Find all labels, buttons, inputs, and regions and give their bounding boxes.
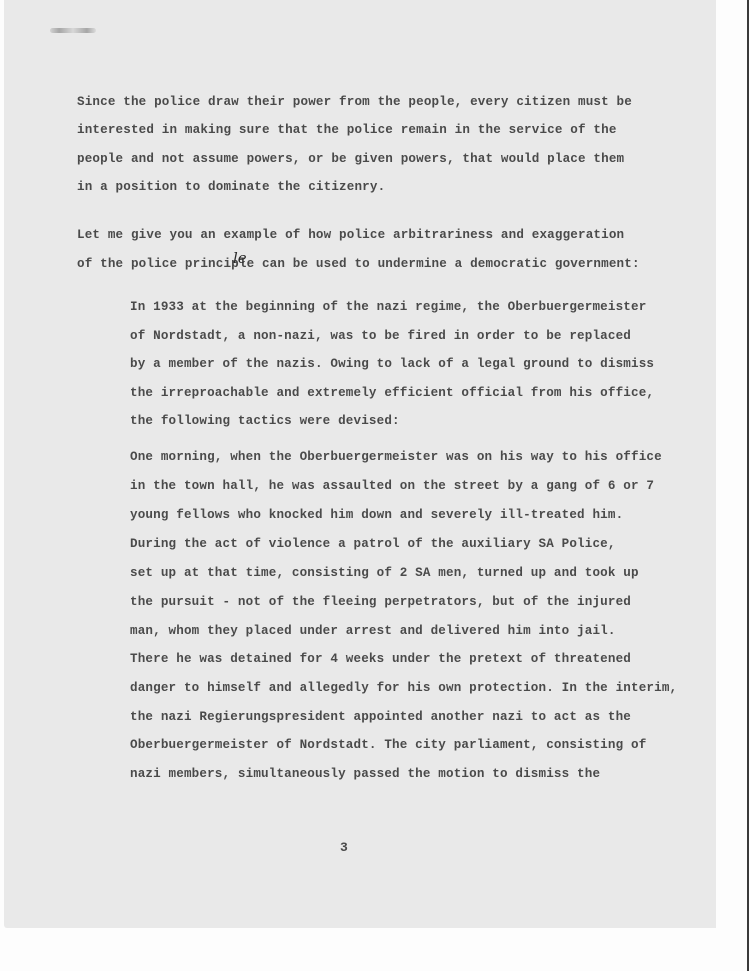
scan-edge-line: [747, 0, 749, 971]
page-number: 3: [340, 840, 348, 855]
text-line: man, whom they placed under arrest and d…: [130, 624, 616, 638]
text-line: Since the police draw their power from t…: [77, 95, 632, 109]
scan-smudge: [50, 28, 96, 33]
text-line: the following tactics were devised:: [130, 414, 400, 428]
text-line: of Nordstadt, a non-nazi, was to be fire…: [130, 329, 631, 343]
text-line: people and not assume powers, or be give…: [77, 152, 624, 166]
text-line: of the police principle can be used to u…: [77, 257, 640, 271]
text-line: One morning, when the Oberbuergermeister…: [130, 450, 662, 464]
typewritten-page: [4, 0, 716, 928]
text-line: set up at that time, consisting of 2 SA …: [130, 566, 639, 580]
text-line: Oberbuergermeister of Nordstadt. The cit…: [130, 738, 646, 752]
text-line: There he was detained for 4 weeks under …: [130, 652, 631, 666]
text-line: in a position to dominate the citizenry.: [77, 180, 385, 194]
text-line: young fellows who knocked him down and s…: [130, 508, 623, 522]
text-line: nazi members, simultaneously passed the …: [130, 767, 600, 781]
text-line: in the town hall, he was assaulted on th…: [130, 479, 654, 493]
text-line: During the act of violence a patrol of t…: [130, 537, 616, 551]
text-line: the nazi Regierungspresident appointed a…: [130, 710, 631, 724]
handwritten-correction: le: [233, 249, 247, 267]
text-line: Let me give you an example of how police…: [77, 228, 624, 242]
text-line: interested in making sure that the polic…: [77, 123, 617, 137]
text-line: the pursuit - not of the fleeing perpetr…: [130, 595, 631, 609]
text-line: the irreproachable and extremely efficie…: [130, 386, 654, 400]
text-line: danger to himself and allegedly for his …: [130, 681, 677, 695]
text-line: In 1933 at the beginning of the nazi reg…: [130, 300, 646, 314]
text-line: by a member of the nazis. Owing to lack …: [130, 357, 654, 371]
